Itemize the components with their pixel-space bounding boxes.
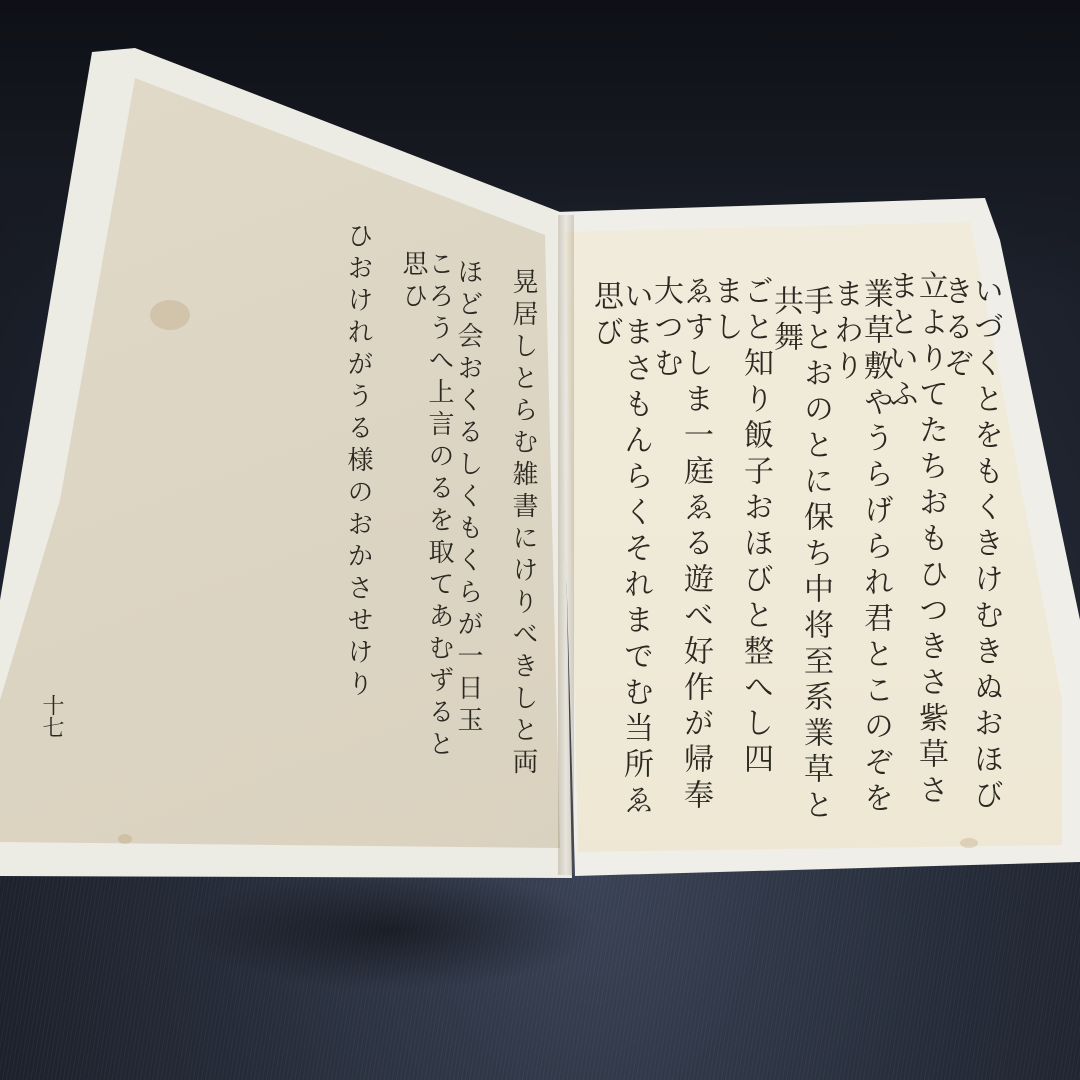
right-text-column: 立よりてたちおもひつきさ紫草さまといふ [885, 270, 945, 830]
paper-stain [118, 834, 132, 844]
book-gutter [558, 215, 574, 875]
paper-stain [150, 300, 190, 330]
left-text-column: ころうへ上言のるを取てあむずると思ひ [400, 250, 452, 790]
right-text-column: ごと知り飯子おほびと整へし四まし [710, 275, 770, 795]
right-text-column: ゑすしま一庭ゑる遊べ好作が帰奉大つむ [650, 275, 710, 815]
right-text-column: 手とおのとに保ち中将至系業草と共舞 [770, 285, 830, 825]
right-text-column: 業草敷やうらげられ君とこのぞをまわり [830, 278, 890, 818]
paper-stain [960, 838, 978, 848]
left-text-column: ほど会おくるしくもくらが一日玉 [455, 258, 481, 818]
right-text-column: いづくとをもくきけむきぬおほびきるぞ [940, 275, 1000, 815]
book-shadow [180, 870, 600, 990]
left-text-column: 晃居しとらむ雑書にけりべきしと両 [510, 268, 536, 828]
left-text-column: ひおけれがうる様のおかさせけり [345, 222, 371, 722]
folio-number: 十七 [36, 694, 67, 738]
right-text-column: いまさもんらくそれまでむ当所ゑ思び [590, 280, 650, 820]
